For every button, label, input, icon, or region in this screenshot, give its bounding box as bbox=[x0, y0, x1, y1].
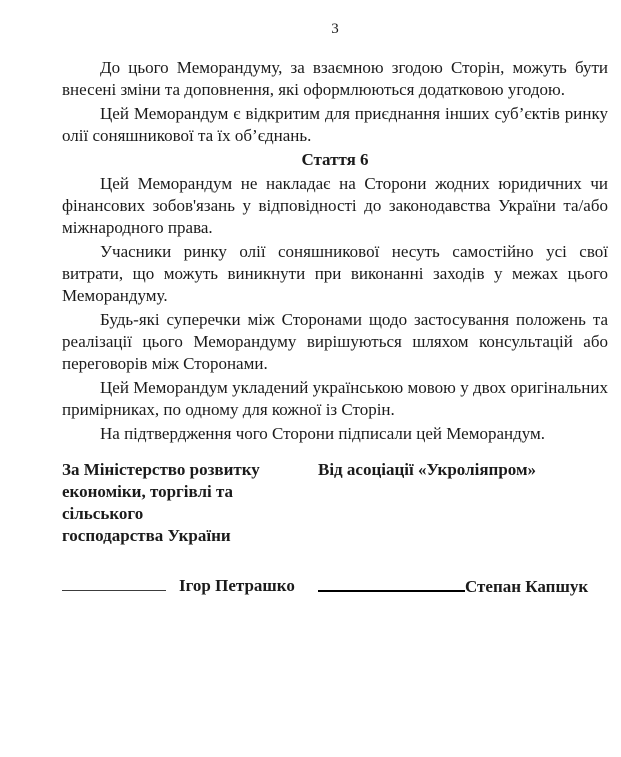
signatory-right-name: Степан Капшук bbox=[465, 577, 588, 596]
signature-right: Степан Капшук bbox=[318, 574, 608, 598]
signatory-left-name: Ігор Петрашко bbox=[179, 576, 295, 595]
signatory-left-org-line-2: економіки, торгівлі та сільського bbox=[62, 481, 318, 525]
paragraph-expenses: Учасники ринку олії соняшникової несуть … bbox=[62, 241, 608, 307]
signature-left: Ігор Петрашко bbox=[62, 574, 318, 598]
signatory-right-org-line: Від асоціації «Укроліяпром» bbox=[318, 459, 608, 481]
signatory-left-org-line-1: За Міністерство розвитку bbox=[62, 459, 318, 481]
signature-line-right bbox=[318, 574, 465, 592]
signature-block: За Міністерство розвитку економіки, торг… bbox=[62, 459, 608, 598]
paragraph-open-accession: Цей Меморандум є відкритим для приєднанн… bbox=[62, 103, 608, 147]
paragraph-amendments: До цього Меморандуму, за взаємною згодою… bbox=[62, 57, 608, 101]
article-6-heading: Стаття 6 bbox=[62, 149, 608, 171]
document-page: 3 До цього Меморандуму, за взаємною згод… bbox=[0, 0, 621, 757]
page-number: 3 bbox=[62, 20, 608, 38]
paragraph-no-obligations: Цей Меморандум не накладає на Сторони жо… bbox=[62, 173, 608, 239]
paragraph-disputes: Будь-які суперечки між Сторонами щодо за… bbox=[62, 309, 608, 375]
signature-row: Ігор Петрашко Степан Капшук bbox=[62, 574, 608, 598]
signature-line-left bbox=[62, 574, 166, 591]
paragraph-witness: На підтвердження чого Сторони підписали … bbox=[62, 423, 608, 445]
signatory-left-org: За Міністерство розвитку економіки, торг… bbox=[62, 459, 318, 547]
paragraph-language-copies: Цей Меморандум укладений українською мов… bbox=[62, 377, 608, 421]
signatory-organizations: За Міністерство розвитку економіки, торг… bbox=[62, 459, 608, 547]
signatory-right-org: Від асоціації «Укроліяпром» bbox=[318, 459, 608, 547]
signatory-left-org-line-3: господарства України bbox=[62, 525, 318, 547]
